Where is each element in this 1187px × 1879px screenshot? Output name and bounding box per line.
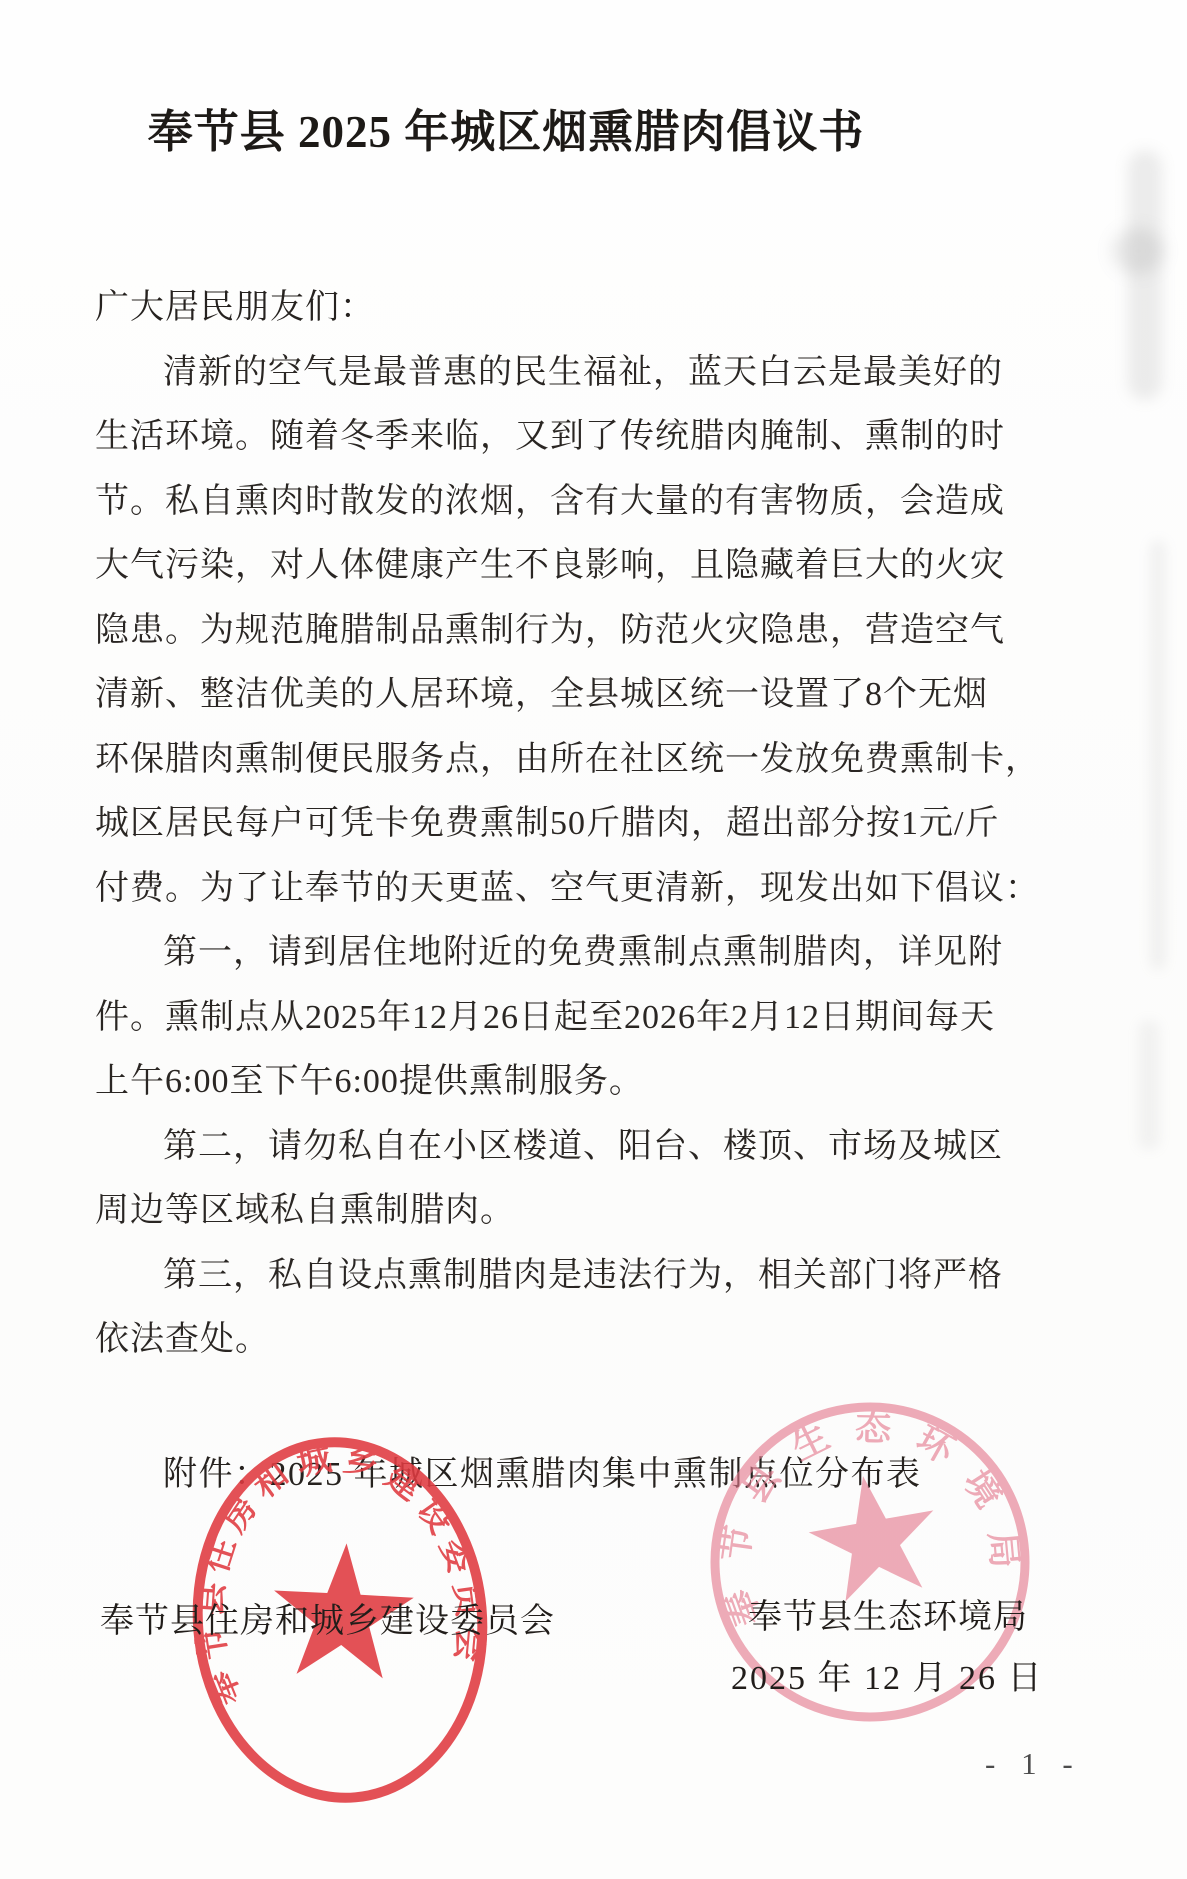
body-line: 隐患。为规范腌腊制品熏制行为，防范火灾隐患，营造空气 (95, 599, 917, 664)
body-line: 清新、整洁优美的人居环境，全县城区统一设置了8个无烟 (95, 663, 917, 728)
body-line: 城区居民每户可凭卡免费熏制50斤腊肉，超出部分按1元/斤 (95, 792, 917, 857)
body-line: 生活环境。随着冬季来临，又到了传统腊肉腌制、熏制的时 (95, 405, 917, 470)
body-line: 大气污染，对人体健康产生不良影响，且隐藏着巨大的火灾 (95, 534, 917, 599)
body-line: 第三，私自设点熏制腊肉是违法行为，相关部门将严格 (95, 1244, 917, 1309)
signature-left-org: 奉节县住房和城乡建设委员会 (100, 1593, 555, 1642)
signature-right-org: 奉节县生态环境局 (748, 1589, 1028, 1638)
body-line: 第二，请勿私自在小区楼道、阳台、楼顶、市场及城区 (95, 1115, 917, 1180)
body-line: 节。私自熏肉时散发的浓烟，含有大量的有害物质，会造成 (95, 470, 917, 535)
document-body: 奉节县 2025 年城区烟熏腊肉倡议书 广大居民朋友们： 清新的空气是最普惠的民… (95, 0, 917, 1507)
body-line: 依法查处。 (95, 1308, 917, 1373)
body-line: 环保腊肉熏制便民服务点，由所在社区统一发放免费熏制卡， (95, 728, 917, 793)
body-line: 第一，请到居住地附近的免费熏制点熏制腊肉，详见附 (95, 921, 917, 986)
body-line: 上午6:00至下午6:00提供熏制服务。 (95, 1050, 917, 1115)
scan-smudge (1138, 1020, 1160, 1150)
scan-smudge (1150, 540, 1166, 970)
body-line: 件。熏制点从2025年12月26日起至2026年2月12日期间每天 (95, 986, 917, 1051)
scan-smudge (1128, 150, 1162, 400)
body-line: 周边等区域私自熏制腊肉。 (95, 1179, 917, 1244)
document-title: 奉节县 2025 年城区烟熏腊肉倡议书 (95, 104, 917, 160)
scanned-document-page: 奉节县 2025 年城区烟熏腊肉倡议书 广大居民朋友们： 清新的空气是最普惠的民… (0, 0, 1187, 1879)
scan-smudge (1112, 228, 1164, 274)
page-number: - 1 - (985, 1746, 1082, 1782)
signature-date: 2025 年 12 月 26 日 (731, 1650, 1044, 1699)
attachment-line: 附件：2025 年城区烟熏腊肉集中熏制点位分布表 (95, 1443, 917, 1508)
salutation: 广大居民朋友们： (95, 276, 917, 341)
body-line: 付费。为了让奉节的天更蓝、空气更清新，现发出如下倡议： (95, 857, 917, 922)
body-line: 清新的空气是最普惠的民生福祉，蓝天白云是最美好的 (95, 341, 917, 406)
